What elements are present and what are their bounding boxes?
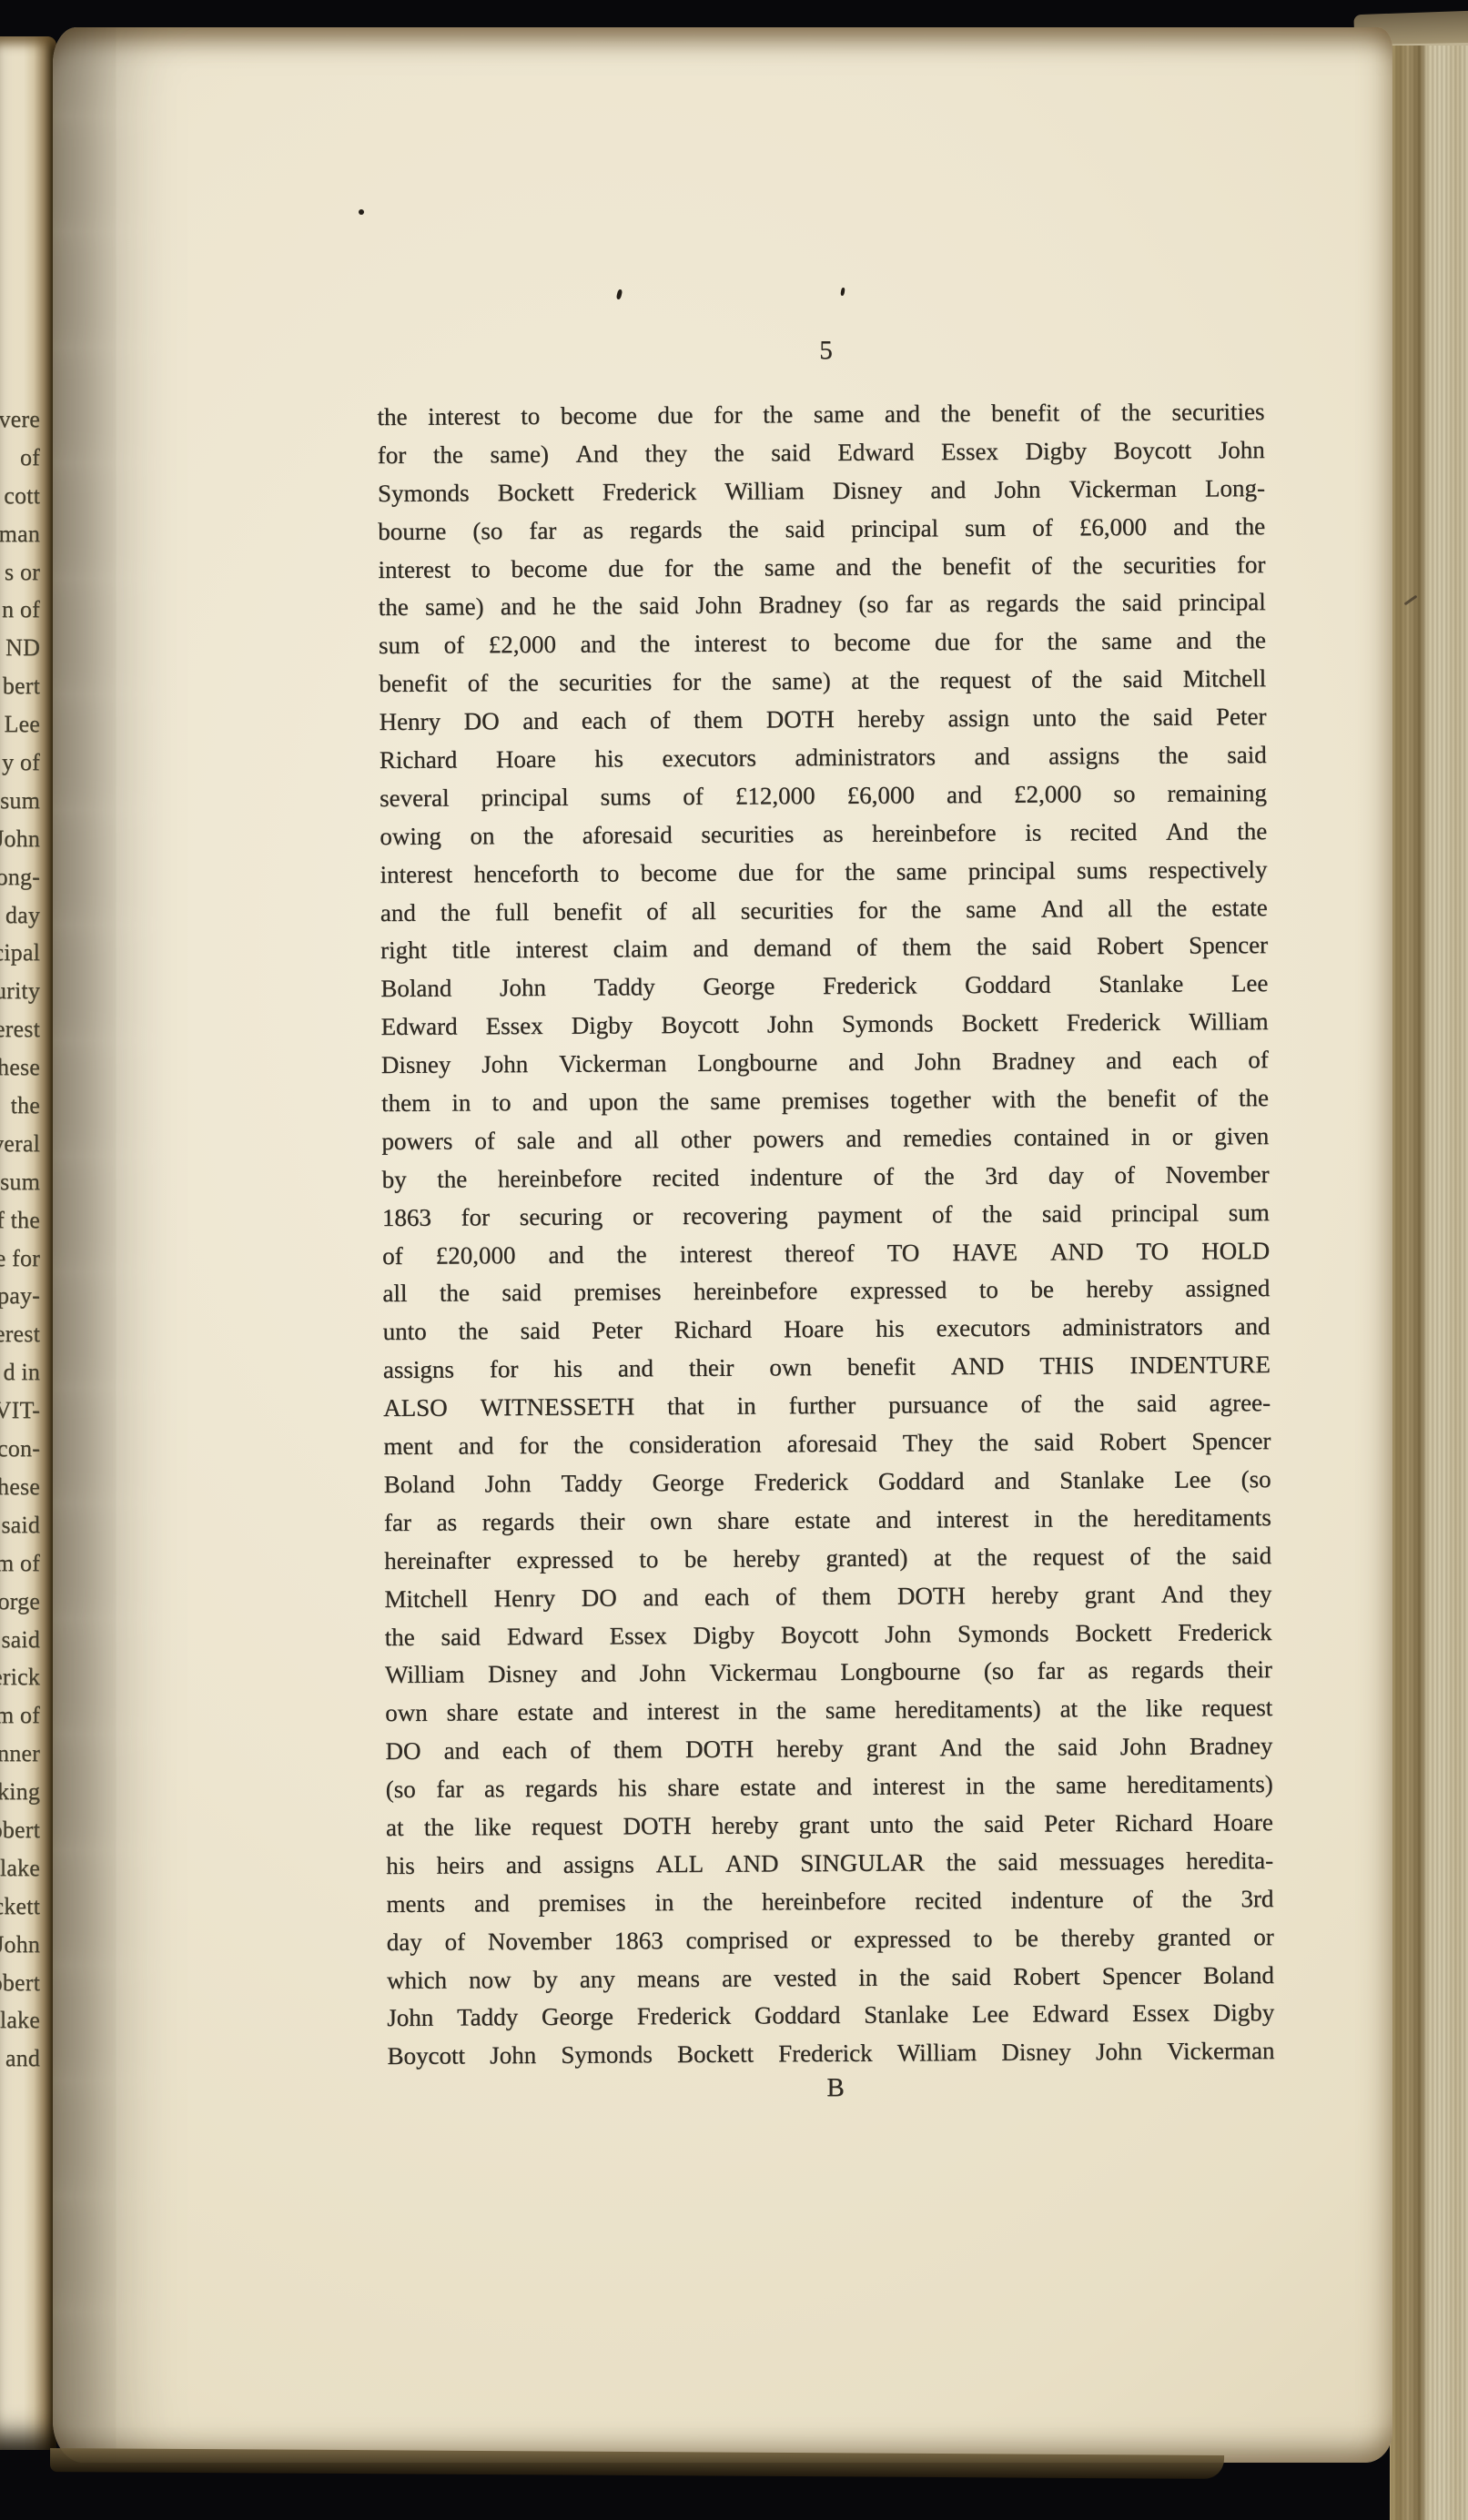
text-line: JohnTaddyGeorgeFrederickGoddardStanlakeL…	[387, 1999, 1274, 2042]
text-line: interesthenceforthtobecomedueforthesamep…	[380, 855, 1267, 899]
text-line: allthesaidpremiseshereinbeforeexpressedt…	[382, 1275, 1270, 1319]
text-fragment: ND	[0, 634, 40, 673]
text-fragment: m of	[0, 1702, 40, 1740]
stray-apostrophe-mark	[840, 288, 845, 297]
text-line: 1863forsecuringorrecoveringpaymentofthes…	[382, 1199, 1270, 1242]
text-line: untothesaidPeterRichardHoarehisexecutors…	[383, 1312, 1271, 1356]
text-line: thesaidEdwardEssexDigbyBoycottJohnSymond…	[385, 1618, 1272, 1662]
text-fragment: obert	[0, 1817, 40, 1855]
text-fragment: aking	[0, 1778, 40, 1817]
text-line: hereinafterexpressedtobeherebygranted)at…	[384, 1542, 1271, 1585]
text-line: EdwardEssexDigbyBoycottJohnSymondsBocket…	[380, 1007, 1268, 1051]
text-line: WilliamDisneyandJohnVickermauLongbourne(…	[385, 1655, 1272, 1699]
text-fragment: the	[0, 1092, 40, 1130]
text-fragment: obert	[0, 1969, 40, 2008]
text-fragment: vere	[0, 406, 40, 444]
text-fragment: y of	[0, 749, 40, 787]
text-fragment: nlake	[0, 2007, 40, 2045]
text-fragment: eorge	[0, 1588, 40, 1626]
text-fragment: John	[0, 1931, 40, 1969]
text-fragment: cott	[0, 482, 40, 521]
printers-signature-mark: B	[781, 2075, 890, 2101]
text-fragment: ockett	[0, 1893, 40, 1931]
text-fragment: of	[0, 444, 40, 482]
text-fragment: said	[0, 1512, 40, 1550]
text-line: owingontheaforesaidsecuritiesashereinbef…	[380, 817, 1267, 861]
text-fragment: Lee	[0, 711, 40, 749]
text-line: mentandfortheconsiderationaforesaidTheyt…	[383, 1427, 1271, 1471]
text-fragment: con-	[0, 1435, 40, 1473]
text-fragment: sum	[0, 787, 40, 825]
text-fragment: nlake	[0, 1855, 40, 1893]
previous-page-edge: vereofcottmans orn ofNDbertLeey ofsumJoh…	[0, 36, 56, 2450]
text-line: bythehereinbeforerecitedindentureofthe3r…	[381, 1160, 1269, 1204]
text-fragment: ) and	[0, 2045, 40, 2083]
text-fragment: e said	[0, 1626, 40, 1665]
text-line: severalprincipalsumsof£12,000£6,000and£2…	[380, 779, 1267, 823]
text-line: themintoanduponthesamepremisestogetherwi…	[381, 1084, 1269, 1128]
previous-page-text-fragments: vereofcottmans orn ofNDbertLeey ofsumJoh…	[0, 406, 40, 2083]
ink-speck	[359, 209, 364, 215]
text-fragment: s or	[0, 559, 40, 597]
text-line: ownshareestateandinterestinthesameheredi…	[385, 1694, 1272, 1737]
text-fragment: e for	[0, 1245, 40, 1283]
text-line: forthesame)AndtheythesaidEdwardEssexDigb…	[378, 436, 1265, 480]
text-line: righttitleinterestclaimanddemandofthemth…	[380, 931, 1268, 975]
text-fragment: these	[0, 1054, 40, 1092]
text-line: bourne(sofarasregardsthesaidprincipalsum…	[378, 512, 1265, 556]
book-fore-edge-pages	[1390, 46, 1468, 2520]
text-line: atthelikerequestDOTHherebygrantuntothesa…	[386, 1808, 1273, 1852]
text-line: whichnowbyanymeansarevestedinthesaidRobe…	[387, 1961, 1274, 2005]
document-page: 5 theinteresttobecomedueforthesameandthe…	[53, 27, 1392, 2463]
book-page-scan: vereofcottmans orn ofNDbertLeey ofsumJoh…	[0, 0, 1468, 2520]
text-line: interesttobecomedueforthesameandthebenef…	[378, 551, 1265, 594]
text-line: BolandJohnTaddyGeorgeFrederickGoddardand…	[384, 1465, 1271, 1509]
text-fragment: John	[0, 825, 40, 864]
text-line: farasregardstheirownshareestateandintere…	[384, 1503, 1271, 1547]
text-line: RichardHoarehisexecutorsadministratorsan…	[380, 741, 1267, 784]
text-fragment: d in	[0, 1359, 40, 1397]
text-fragment: n of	[0, 596, 40, 634]
text-fragment: VIT-	[0, 1397, 40, 1435]
text-fragment: sum	[0, 1169, 40, 1207]
text-line: thesame)andhethesaidJohnBradney(sofarasr…	[379, 588, 1266, 632]
text-fragment: f the	[0, 1207, 40, 1245]
text-line: dayofNovember1863comprisedorexpressedtob…	[387, 1923, 1274, 1967]
text-line: BolandJohnTaddyGeorgeFrederickGoddardSta…	[380, 969, 1268, 1013]
text-line: benefitofthesecuritiesforthesame)atthere…	[379, 664, 1266, 708]
text-line: andthefullbenefitofallsecuritiesforthesa…	[380, 894, 1268, 937]
text-line: theinteresttobecomedueforthesameandthebe…	[377, 398, 1264, 441]
text-line: ALSOWITNESSETHthatinfurtherpursuanceofth…	[383, 1389, 1271, 1432]
text-fragment: veral	[0, 1130, 40, 1169]
text-fragment: ong-	[0, 864, 40, 902]
text-line: DisneyJohnVickermanLongbourneandJohnBrad…	[381, 1046, 1269, 1089]
text-line: sumof£2,000andtheinteresttobecomeduefort…	[379, 626, 1266, 670]
text-line: (sofarasregardshisshareestateandinterest…	[386, 1770, 1273, 1814]
text-line: MitchellHenryDOandeachofthemDOTHherebygr…	[384, 1580, 1271, 1624]
text-fragment: epay-	[0, 1282, 40, 1321]
text-line: hisheirsandassignsALLANDSINGULARthesaidm…	[386, 1847, 1273, 1890]
text-line: assignsforhisandtheirownbenefitANDTHISIN…	[383, 1351, 1271, 1394]
text-fragment: day	[0, 902, 40, 940]
text-fragment: erest	[0, 1321, 40, 1359]
text-line: of£20,000andtheinterestthereofTOHAVEANDT…	[382, 1237, 1270, 1280]
text-line: SymondsBockettFrederickWilliamDisneyandJ…	[378, 474, 1265, 518]
indenture-body-text: theinteresttobecomedueforthesameandthebe…	[377, 398, 1274, 2080]
text-fragment: these	[0, 1473, 40, 1512]
text-fragment: cipal	[0, 939, 40, 977]
page-number: 5	[382, 338, 1270, 364]
text-fragment: man	[0, 521, 40, 559]
text-line: HenryDOandeachofthemDOTHherebyassignunto…	[379, 703, 1266, 746]
text-fragment: anner	[0, 1740, 40, 1778]
text-fragment: erest	[0, 1016, 40, 1054]
text-line: powersofsaleandallotherpowersandremedies…	[381, 1122, 1269, 1166]
text-line: mentsandpremisesinthehereinbeforerecited…	[386, 1885, 1273, 1928]
text-fragment: m of	[0, 1550, 40, 1588]
stray-apostrophe-mark	[616, 289, 623, 300]
text-fragment: urity	[0, 977, 40, 1016]
text-line: DOandeachofthemDOTHherebygrantAndthesaid…	[385, 1732, 1272, 1776]
text-fragment: lerick	[0, 1664, 40, 1702]
text-fragment: bert	[0, 673, 40, 711]
